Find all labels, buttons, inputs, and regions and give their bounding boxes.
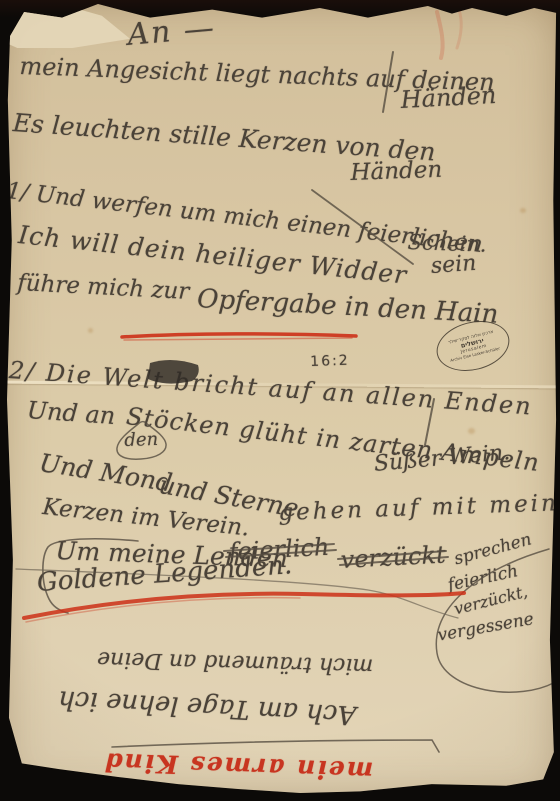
flipped-line: Ach am Tage lehne ich <box>57 684 357 730</box>
red-smudge <box>437 12 443 58</box>
margin-word: vergessene <box>436 609 535 646</box>
foxing-spot <box>468 428 475 434</box>
red-strikethrough-echo <box>26 598 300 622</box>
poem-title: An — <box>126 10 217 53</box>
line-end-word: sein <box>430 251 477 279</box>
poem-line: Und Mond <box>37 448 174 498</box>
wrapped-word: Händen <box>400 81 497 114</box>
flipped-line: mich träumend an Deine <box>97 646 374 678</box>
poem-line: gehen auf mit meinen <box>278 489 560 526</box>
poem-line: Opfergabe in den Hain <box>196 284 499 330</box>
poem-line: führe mich zur <box>17 270 190 305</box>
wrapped-word: Händen <box>350 157 443 186</box>
red-underline-echo <box>124 338 352 340</box>
red-strikethrough <box>24 593 464 618</box>
poem-line: Und an <box>26 396 116 430</box>
struck-word: verzückt <box>340 541 446 574</box>
foxing-spot <box>520 208 526 213</box>
flipped-red-note: mein armes Kind <box>103 747 374 785</box>
margin-word: sprechen <box>452 529 534 569</box>
foxing-spot <box>88 328 93 333</box>
scan-background: An — mein Angesicht liegt nachts auf dei… <box>0 0 560 801</box>
poem-line: Es leuchten stille Kerzen von den <box>12 108 436 166</box>
manuscript-page: An — mein Angesicht liegt nachts auf dei… <box>0 0 560 801</box>
torn-corner <box>2 2 130 48</box>
red-underline <box>122 334 356 337</box>
red-smudge <box>457 10 461 48</box>
catalog-number: 16:2 <box>310 353 350 370</box>
